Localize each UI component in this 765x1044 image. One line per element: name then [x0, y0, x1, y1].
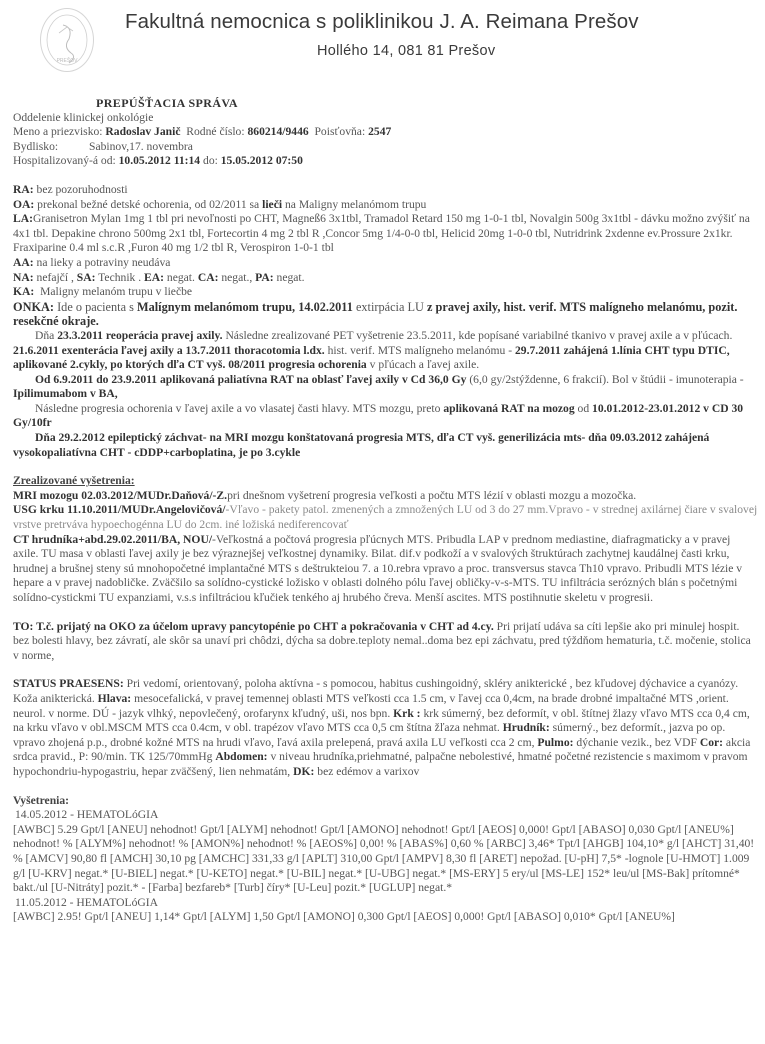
pa-text: negat.: [277, 271, 305, 284]
onka-p2-a: Dňa: [35, 329, 54, 342]
status-label: STATUS PRAESENS:: [13, 677, 124, 690]
oa-text-1: prekonal bežné detské ochorenia, od 02/2…: [37, 198, 259, 211]
discharge-report-page: PREŠOV Fakultná nemocnica s poliklinikou…: [0, 0, 765, 1044]
residence-line: Bydlisko: Sabinov,17. novembra: [13, 140, 758, 155]
hospital-address: Hollého 14, 081 81 Prešov: [317, 43, 495, 59]
exam-mri: MRI mozogu 02.03.2012/MUDr.Daňová/-Z.pri…: [13, 489, 758, 504]
la-text: Granisetron Mylan 1mg 1 tbl pri nevoľnos…: [13, 212, 750, 254]
ea-label: EA:: [144, 271, 164, 284]
onka-p4-a: Následne progresia ochorenia v ľavej axi…: [35, 402, 440, 415]
insurance-code: 2547: [368, 125, 391, 138]
report-title: PREPÚŠŤACIA SPRÁVA: [96, 96, 758, 111]
name-label: Meno a priezvisko:: [13, 125, 103, 138]
onka-p3-c: Ipilimumabom v BA,: [13, 387, 118, 400]
admission-date: 10.05.2012 11:14: [119, 154, 200, 167]
onka-p2-e: hist. verif. MTS malígneho melanómu -: [328, 344, 513, 357]
pulmo-label: Pulmo:: [537, 736, 573, 749]
onka-p4-b: aplikovaná RAT na mozog: [443, 402, 574, 415]
la-label: LA:: [13, 212, 33, 225]
abdomen-label: Abdomen:: [215, 750, 267, 763]
onka-p2-b: 23.3.2011 reoperácia pravej axily.: [57, 329, 222, 342]
na-line: NA: nefajčí , SA: Technik . EA: negat. C…: [13, 271, 758, 286]
exam-mri-title: MRI mozogu 02.03.2012/MUDr.Daňová/-Z.: [13, 489, 227, 502]
residence-label: Bydlisko:: [13, 140, 58, 153]
exam-mri-text: pri dnešnom vyšetrení progresia veľkosti…: [227, 489, 636, 502]
krk-label: Krk :: [393, 707, 420, 720]
exam-ct-title: CT hrudníka+abd.29.02.2011/BA, NOU/: [13, 533, 212, 546]
to-label: do:: [203, 154, 218, 167]
birth-number-label: Rodné číslo:: [186, 125, 244, 138]
oa-text-bold: lieči: [262, 198, 282, 211]
onka-p1-a: Ide o pacienta s: [57, 300, 134, 314]
ra-text: bez pozoruhodnosti: [37, 183, 128, 196]
exam-ct: CT hrudníka+abd.29.02.2011/BA, NOU/-Veľk…: [13, 533, 758, 606]
to-paragraph: TO: T.č. prijatý na OKO za účelom upravy…: [13, 620, 758, 664]
hospitalization-line: Hospitalizovaný-á od: 10.05.2012 11:14 d…: [13, 154, 758, 169]
onka-paragraph-2: Dňa 23.3.2011 reoperácia pravej axily. N…: [13, 329, 758, 373]
exam-usg-title: USG krku 11.10.2011/MUDr.Angelovičová/: [13, 503, 225, 516]
department: Oddelenie klinickej onkológie: [13, 111, 758, 126]
onka-paragraph-3: Od 6.9.2011 do 23.9.2011 aplikovaná pali…: [13, 373, 758, 402]
onka-p3-b: (6,0 gy/2stýždenne, 6 frakcií). Bol v št…: [469, 373, 743, 386]
ka-line: KA: Maligny melanóm trupu v liečbe: [13, 285, 758, 300]
cor-label: Cor:: [700, 736, 723, 749]
hlava-label: Hlava:: [98, 692, 132, 705]
birth-number: 860214/9446: [247, 125, 308, 138]
aa-line: AA: na lieky a potraviny neudáva: [13, 256, 758, 271]
hospitalized-label: Hospitalizovaný-á od:: [13, 154, 116, 167]
ra-label: RA:: [13, 183, 34, 196]
status-text-8: bez edémov a varixov: [317, 765, 419, 778]
hospital-seal-logo: PREŠOV: [40, 8, 94, 72]
aa-text: na lieky a potraviny neudáva: [37, 256, 171, 269]
na-label: NA:: [13, 271, 34, 284]
oa-text-2: na Maligny melanómom trupu: [285, 198, 426, 211]
ca-text: negat.,: [221, 271, 252, 284]
ra-line: RA: bez pozoruhodnosti: [13, 183, 758, 198]
dk-label: DK:: [293, 765, 314, 778]
onka-paragraph-5: Dňa 29.2.2012 epileptický záchvat- na MR…: [13, 431, 758, 460]
ca-label: CA:: [198, 271, 219, 284]
hrudnik-label: Hrudník:: [503, 721, 550, 734]
status-text-5: dýchanie vezik., bez VDF: [576, 736, 697, 749]
ka-label: KA:: [13, 285, 34, 298]
ka-text: Maligny melanóm trupu v liečbe: [40, 285, 192, 298]
la-line: LA:Granisetron Mylan 1mg 1 tbl pri nevoľ…: [13, 212, 758, 256]
sa-text: Technik .: [98, 271, 141, 284]
svg-text:PREŠOV: PREŠOV: [57, 57, 79, 64]
insurance-label: Poisťovňa:: [314, 125, 365, 138]
patient-line: Meno a priezvisko: Radoslav Janič Rodné …: [13, 125, 758, 140]
onka-p1-c: extirpácia LU: [356, 300, 424, 314]
status-praesens: STATUS PRAESENS: Pri vedomí, orientovaný…: [13, 677, 758, 779]
onka-p5: Dňa 29.2.2012 epileptický záchvat- na MR…: [13, 431, 709, 459]
hospital-name: Fakultná nemocnica s poliklinikou J. A. …: [125, 10, 745, 34]
lab-section-results: [AWBC] 2.95! Gpt/l [ANEU] 1,14* Gpt/l [A…: [13, 910, 758, 925]
na-text: nefajčí ,: [37, 271, 74, 284]
aa-label: AA:: [13, 256, 34, 269]
onka-p2-c: Následne zrealizované PET vyšetrenie 23.…: [225, 329, 732, 342]
onka-paragraph-4: Následne progresia ochorenia v ľavej axi…: [13, 402, 758, 431]
onka-p4-c: od: [578, 402, 590, 415]
exams-heading: Zrealizované vyšetrenia:: [13, 474, 758, 489]
labs-heading: Vyšetrenia:: [13, 794, 758, 809]
residence: Sabinov,17. novembra: [89, 140, 193, 153]
onka-p1-b: Malígnym melanómom trupu, 14.02.2011: [137, 300, 353, 314]
discharge-date: 15.05.2012 07:50: [221, 154, 303, 167]
onka-paragraph-1: ONKA: Ide o pacienta s Malígnym melanómo…: [13, 300, 758, 329]
lab-section-date: 11.05.2012 - HEMATOLóGIA: [15, 896, 758, 911]
patient-name: Radoslav Janič: [105, 125, 180, 138]
pa-label: PA:: [255, 271, 273, 284]
lab-section-results: [AWBC] 5.29 Gpt/l [ANEU] nehodnot! Gpt/l…: [13, 823, 758, 896]
to-label: TO: T.č. prijatý na OKO za účelom upravy…: [13, 620, 494, 633]
onka-p2-g: v pľúcach a ľavej axile.: [370, 358, 480, 371]
sa-label: SA:: [77, 271, 96, 284]
onka-p3-a: Od 6.9.2011 do 23.9.2011 aplikovaná pali…: [35, 373, 466, 386]
ea-text: negat.: [167, 271, 195, 284]
report-body: PREPÚŠŤACIA SPRÁVA Oddelenie klinickej o…: [13, 96, 758, 925]
lab-section-date: 14.05.2012 - HEMATOLóGIA: [15, 808, 758, 823]
exam-usg: USG krku 11.10.2011/MUDr.Angelovičová/-V…: [13, 503, 758, 532]
onka-label: ONKA:: [13, 300, 54, 314]
oa-label: OA:: [13, 198, 34, 211]
oa-line: OA: prekonal bežné detské ochorenia, od …: [13, 198, 758, 213]
seal-emblem-icon: PREŠOV: [41, 9, 93, 71]
onka-p2-d: 21.6.2011 exenterácia ľavej axily a 13.7…: [13, 344, 325, 357]
